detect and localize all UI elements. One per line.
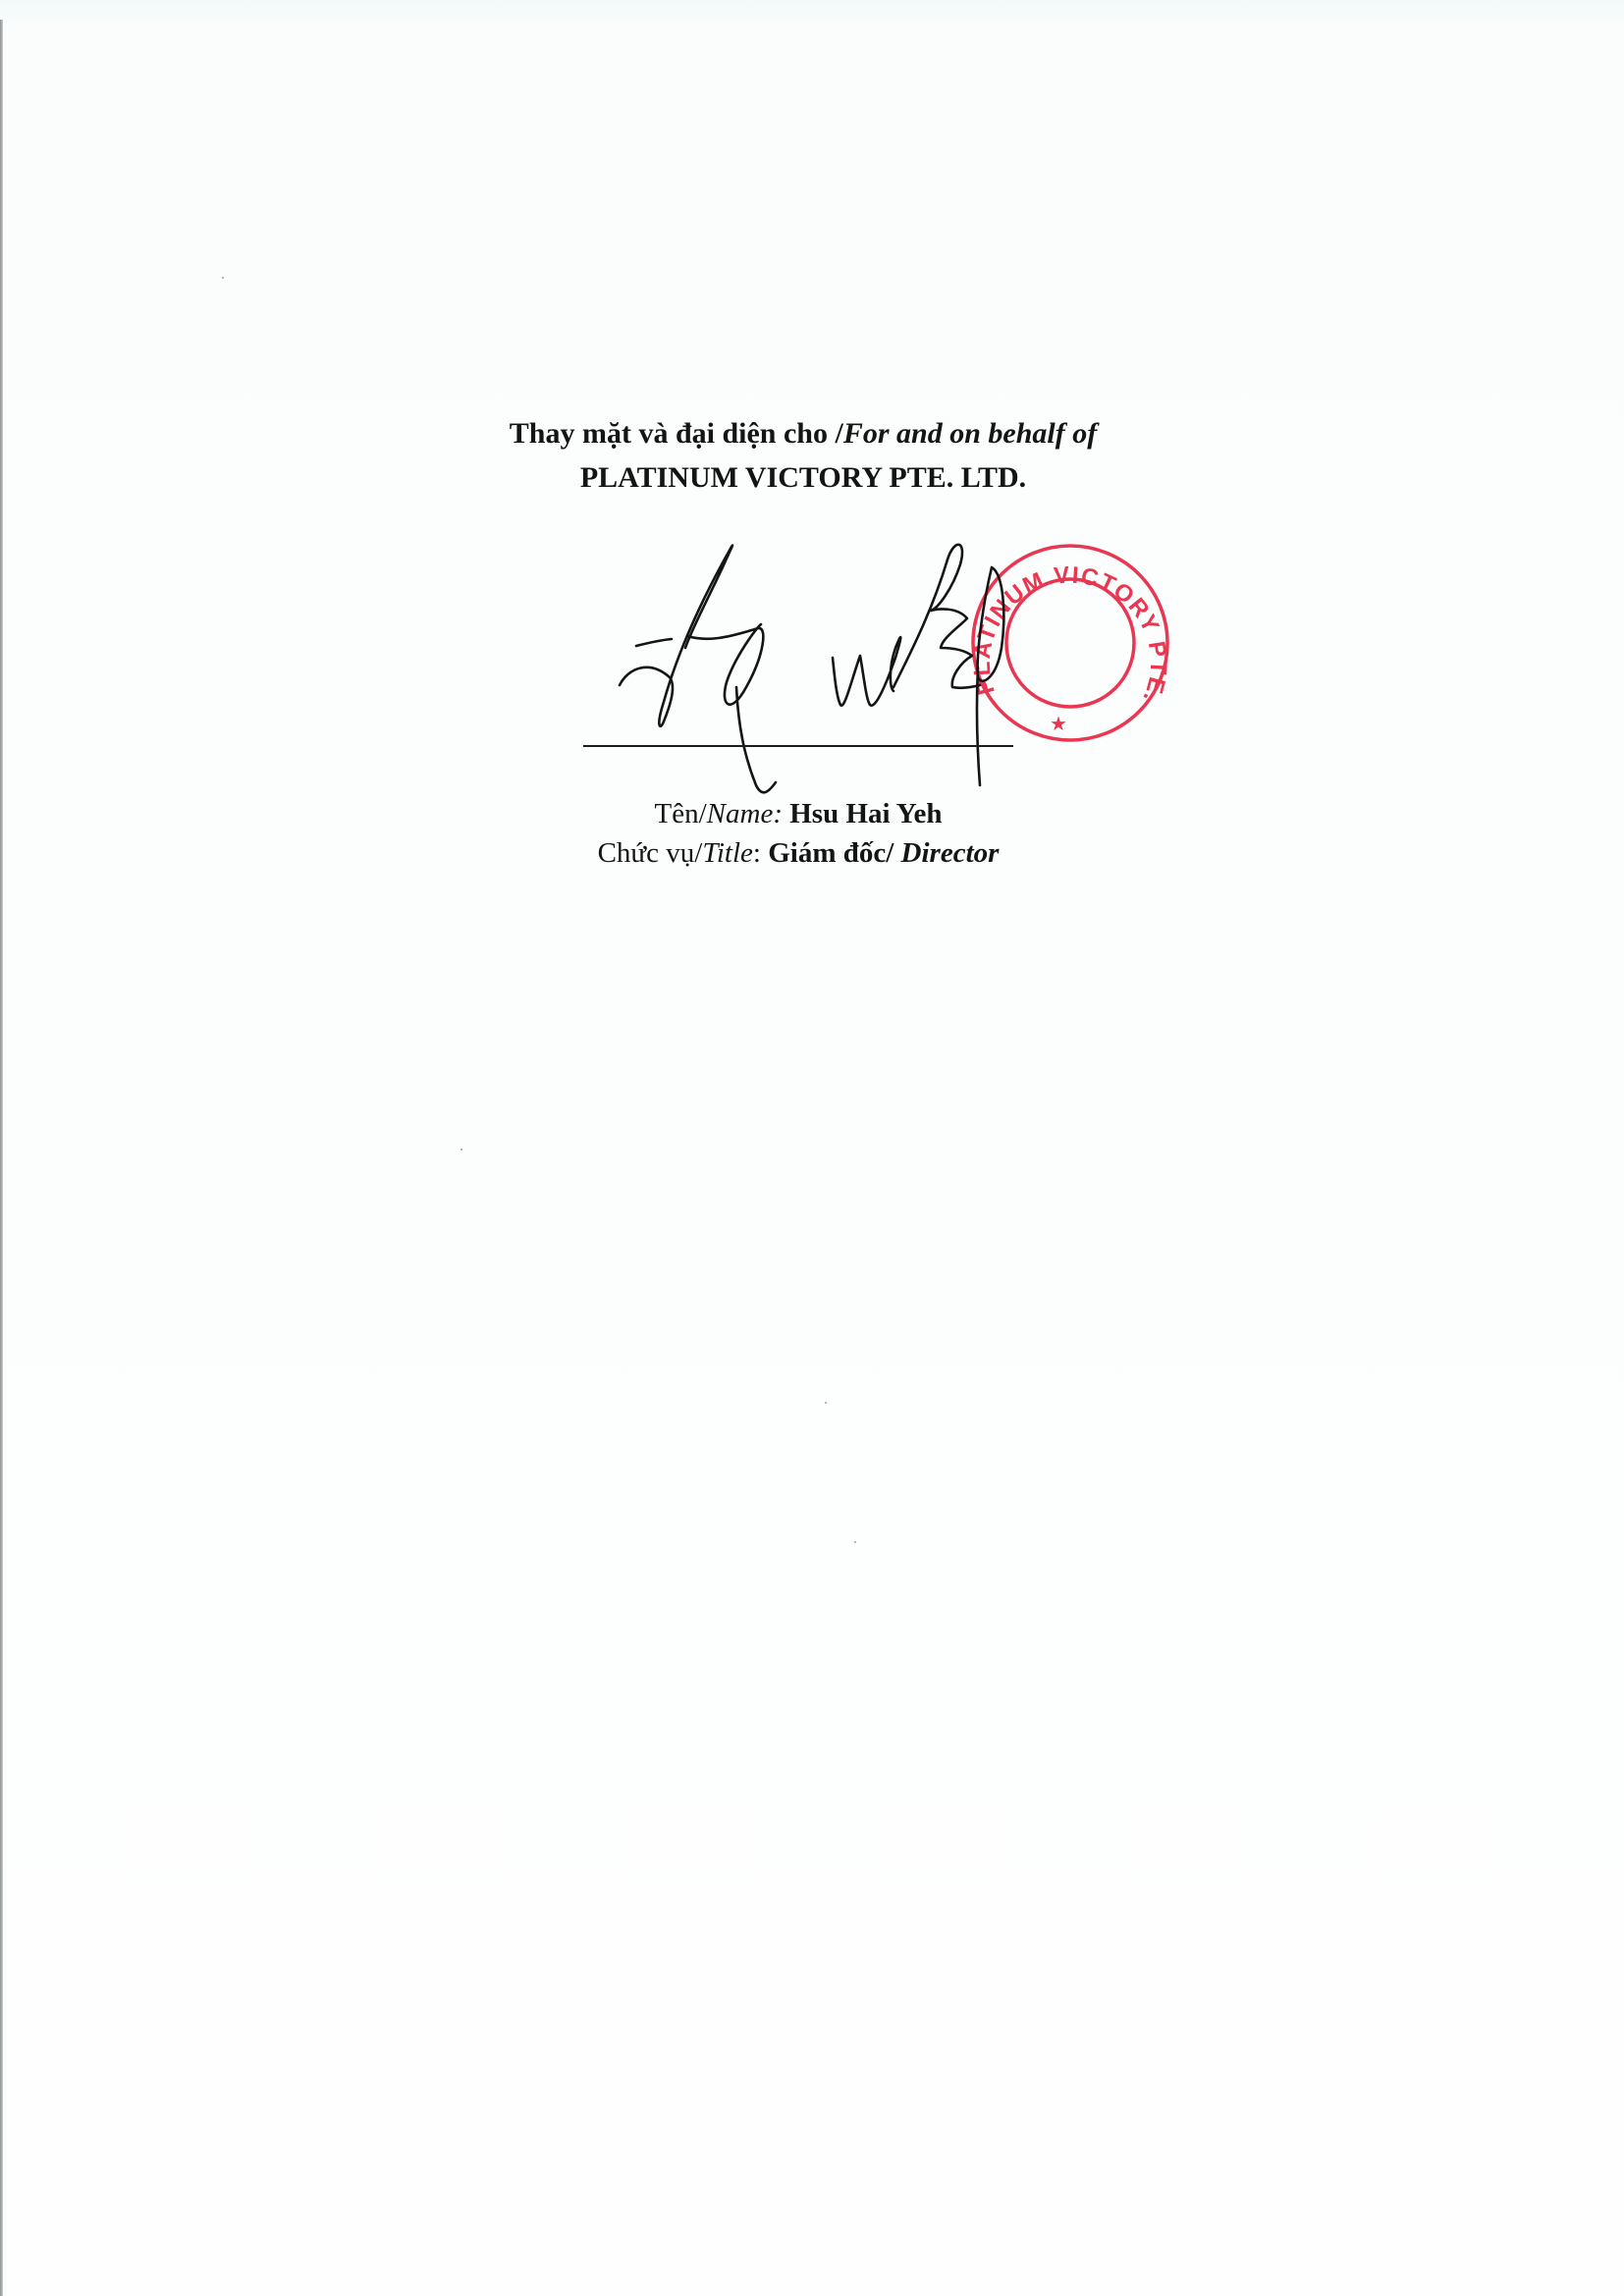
title-colon: : — [753, 837, 761, 869]
star-icon: ★ — [1050, 712, 1067, 735]
scan-speck — [222, 277, 224, 279]
behalf-heading-vi: Thay mặt và đại diện cho / — [510, 417, 843, 450]
title-value-vi: Giám đốc/ — [768, 837, 893, 869]
signatory-title: Chức vụ/Title: Giám đốc/ Director — [0, 836, 1597, 870]
signatory-name: Tên/Name: Hsu Hai Yeh — [0, 797, 1597, 830]
behalf-heading: Thay mặt và đại diện cho /For and on beh… — [0, 417, 1606, 451]
signature-and-stamp: PLATINUM VICTORY PTE. LTD. ★ — [0, 0, 1624, 2296]
scan-speck — [460, 1148, 462, 1150]
svg-text:PLATINUM VICTORY PTE. LTD.: PLATINUM VICTORY PTE. LTD. — [0, 0, 1171, 708]
name-value: Hsu Hai Yeh — [789, 798, 942, 829]
stamp-text: PLATINUM VICTORY PTE. LTD. — [0, 0, 1171, 708]
handwritten-signature — [620, 545, 1003, 793]
title-value-en: Director — [901, 837, 1000, 869]
title-label-vi: Chức vụ/ — [598, 837, 703, 869]
title-label-en: Title — [702, 837, 753, 869]
name-label-vi: Tên/ — [655, 798, 707, 829]
scan-speck — [825, 1402, 827, 1404]
company-name: PLATINUM VICTORY PTE. LTD. — [0, 461, 1606, 495]
scan-edge — [0, 20, 3, 2296]
name-label-en: Name: — [707, 798, 783, 829]
signature-line — [583, 745, 1013, 747]
company-stamp: PLATINUM VICTORY PTE. LTD. ★ — [0, 0, 1171, 740]
document-page: Thay mặt và đại diện cho /For and on beh… — [0, 0, 1624, 2296]
behalf-heading-en: For and on behalf of — [843, 417, 1097, 450]
scan-speck — [854, 1541, 856, 1543]
